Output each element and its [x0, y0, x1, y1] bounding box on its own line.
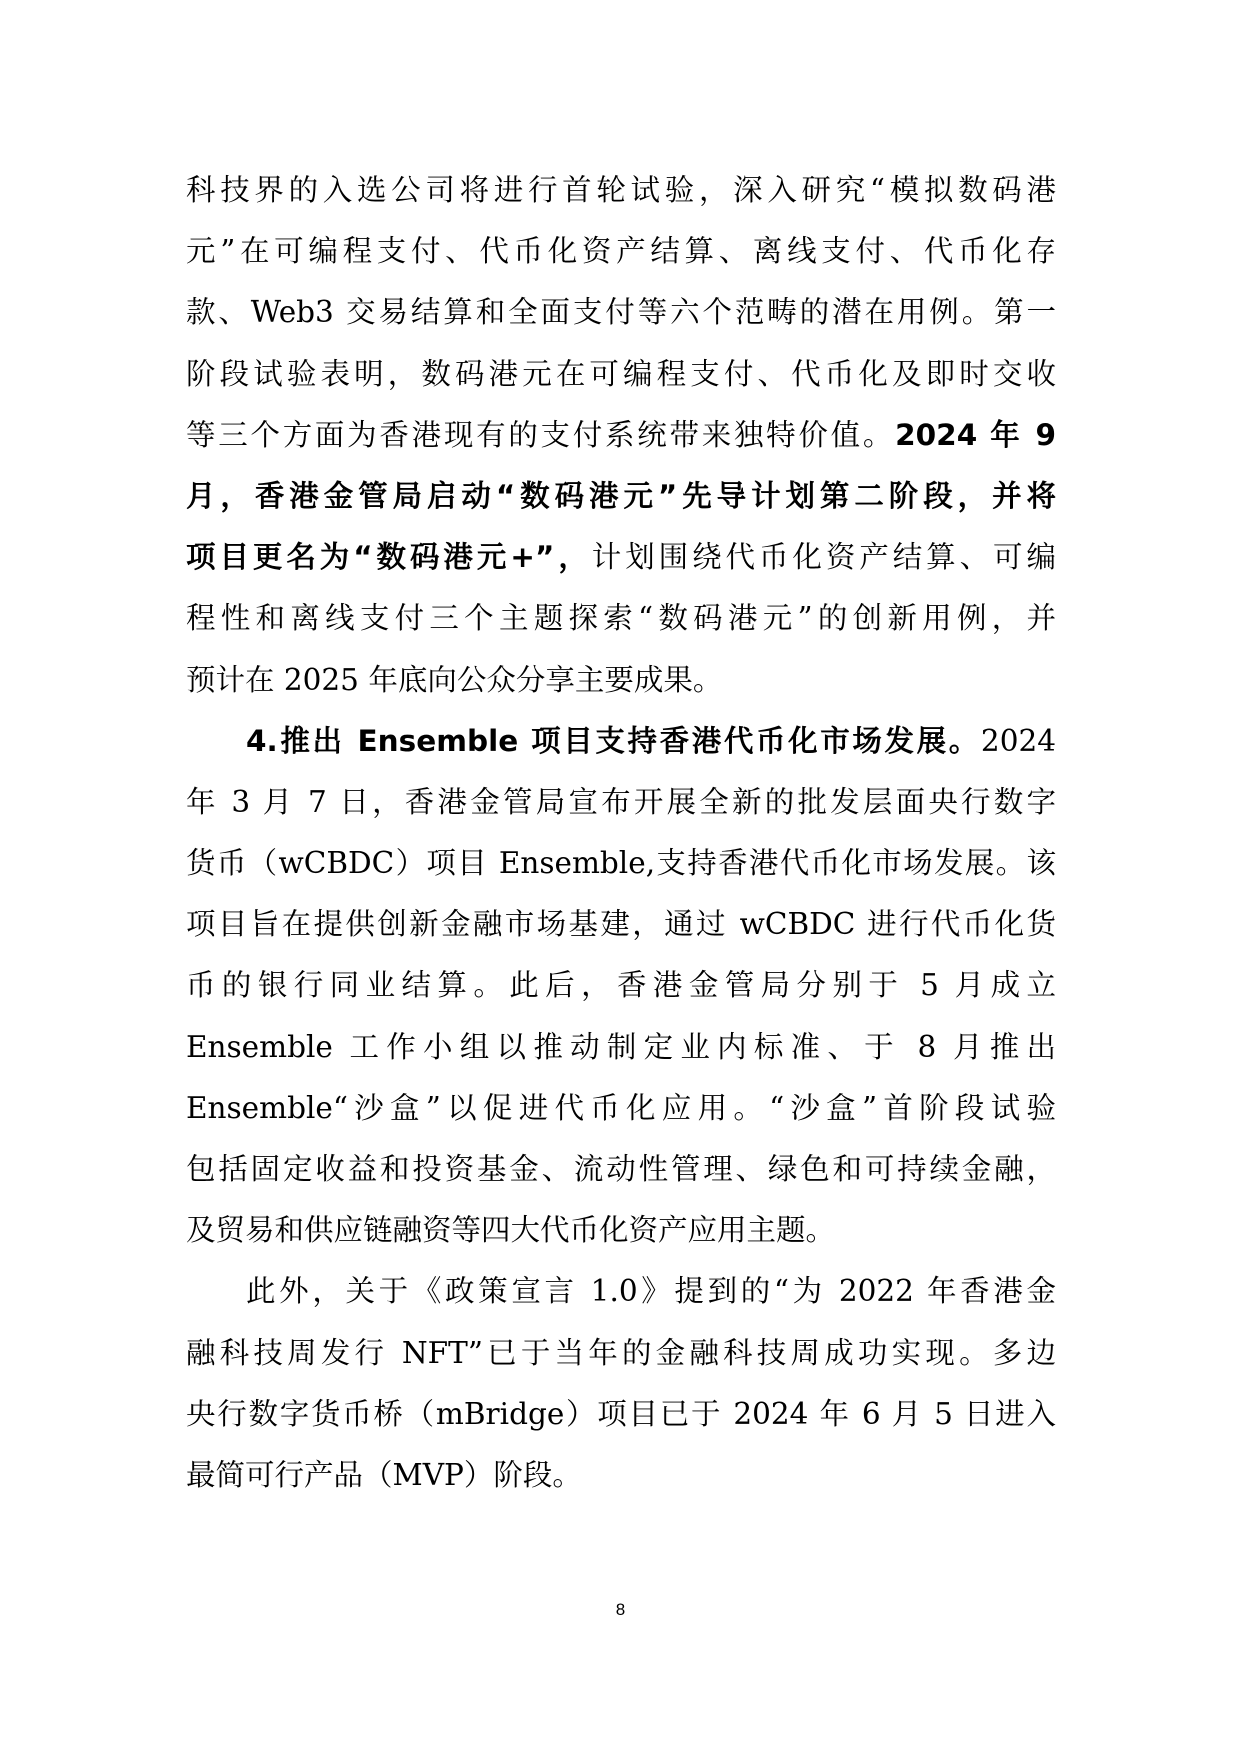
- section-heading-line: 4.推出 Ensemble 项目支持香港代币化市场发展。2024: [186, 711, 1056, 772]
- text-line: 元”在可编程支付、代币化资产结算、离线支付、代币化存: [186, 221, 1056, 282]
- text-line: 项目旨在提供创新金融市场基建，通过 wCBDC 进行代币化货: [186, 894, 1056, 955]
- text-line: 阶段试验表明，数码港元在可编程支付、代币化及即时交收: [186, 344, 1056, 405]
- text-line: 月，香港金管局启动“数码港元”先导计划第二阶段，并将: [186, 466, 1056, 527]
- text-line: 包括固定收益和投资基金、流动性管理、绿色和可持续金融，: [186, 1139, 1056, 1200]
- paragraph-digital-hkd: 科技界的入选公司将进行首轮试验，深入研究“模拟数码港 元”在可编程支付、代币化资…: [186, 160, 1056, 711]
- text-line: 科技界的入选公司将进行首轮试验，深入研究“模拟数码港: [186, 160, 1056, 221]
- text-line: 最简可行产品（MVP）阶段。: [186, 1445, 1056, 1506]
- text-line: 项目更名为“数码港元+”，计划围绕代币化资产结算、可编: [186, 527, 1056, 588]
- text-line: Ensemble 工作小组以推动制定业内标准、于 8 月推出: [186, 1017, 1056, 1078]
- text-line: 融科技周发行 NFT”已于当年的金融科技周成功实现。多边: [186, 1323, 1056, 1384]
- text-line: 款、Web3 交易结算和全面支付等六个范畴的潜在用例。第一: [186, 282, 1056, 343]
- text-line: 此外，关于《政策宣言 1.0》提到的“为 2022 年香港金: [186, 1261, 1056, 1322]
- bold-text: 2024 年 9: [895, 418, 1056, 452]
- text-line: Ensemble“沙盒”以促进代币化应用。“沙盒”首阶段试验: [186, 1078, 1056, 1139]
- text-line: 等三个方面为香港现有的支付系统带来独特价值。2024 年 9: [186, 405, 1056, 466]
- bold-text: 月，香港金管局启动“数码港元”先导计划第二阶段，并将: [186, 479, 1056, 513]
- text-line: 币的银行同业结算。此后，香港金管局分别于 5 月成立: [186, 955, 1056, 1016]
- text-line: 央行数字货币桥（mBridge）项目已于 2024 年 6 月 5 日进入: [186, 1384, 1056, 1445]
- paragraph-other-progress: 此外，关于《政策宣言 1.0》提到的“为 2022 年香港金 融科技周发行 NF…: [186, 1261, 1056, 1506]
- document-page: 科技界的入选公司将进行首轮试验，深入研究“模拟数码港 元”在可编程支付、代币化资…: [186, 160, 1056, 1506]
- text-line: 及贸易和供应链融资等四大代币化资产应用主题。: [186, 1200, 1056, 1261]
- text-line: 程性和离线支付三个主题探索“数码港元”的创新用例，并: [186, 588, 1056, 649]
- text-line: 货币（wCBDC）项目 Ensemble,支持香港代币化市场发展。该: [186, 833, 1056, 894]
- text-line: 年 3 月 7 日，香港金管局宣布开展全新的批发层面央行数字: [186, 772, 1056, 833]
- page-number: 8: [0, 1600, 1241, 1620]
- paragraph-ensemble: 4.推出 Ensemble 项目支持香港代币化市场发展。2024 年 3 月 7…: [186, 711, 1056, 1262]
- text-line: 预计在 2025 年底向公众分享主要成果。: [186, 650, 1056, 711]
- bold-text: 项目更名为“数码港元+”，: [186, 540, 592, 574]
- section-heading: 4.推出 Ensemble 项目支持香港代币化市场发展。: [246, 724, 981, 758]
